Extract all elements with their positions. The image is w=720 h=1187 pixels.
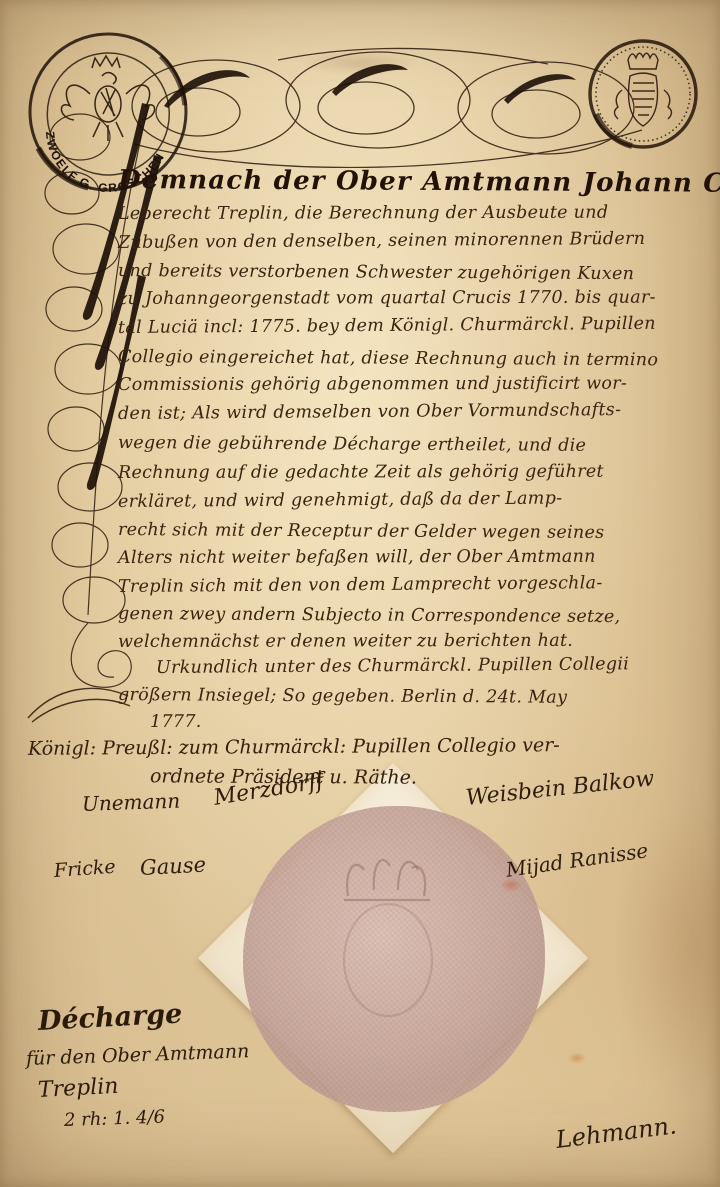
document-line: Commissionis gehörig abgenommen und just… xyxy=(118,374,627,395)
docket-fee: 2 rh: 1. 4/6 xyxy=(64,1106,166,1131)
document-line: Zubußen von den denselben, seinen minore… xyxy=(118,229,645,253)
document-line: welchemnächst er denen weiter zu bericht… xyxy=(118,631,573,652)
signature: Fricke xyxy=(53,856,116,882)
paper-stain xyxy=(568,1052,586,1064)
document-line: Rechnung auf die gedachte Zeit als gehör… xyxy=(118,462,604,483)
signature: Unemann xyxy=(82,789,181,816)
docket-line: Treplin xyxy=(37,1074,119,1103)
flourish-band xyxy=(128,40,648,168)
signature: Gause xyxy=(139,853,206,880)
document-line: tal Luciä incl: 1775. bey dem Königl. Ch… xyxy=(118,314,656,338)
document-line: Alters nicht weiter befaßen will, der Ob… xyxy=(118,547,596,568)
closing-line: Königl: Preußl: zum Churmärckl: Pupillen… xyxy=(28,734,560,760)
docket-line: für den Ober Amtmann xyxy=(26,1040,250,1070)
document-heading: Demnach der Ober Amtmann Johann Conrad xyxy=(118,165,720,199)
document-line: Leberecht Treplin, die Berechnung der Au… xyxy=(118,203,608,224)
document-line: Treplin sich mit den von dem Lamprecht v… xyxy=(118,573,603,597)
document-line: wegen die gebührende Décharge ertheilet,… xyxy=(118,433,586,456)
signature: Mijad Ranisse xyxy=(504,838,649,882)
signature: Lehmann. xyxy=(554,1111,678,1154)
document-line: recht sich mit der Receptur der Gelder w… xyxy=(118,520,605,543)
document-date-line: 1777. xyxy=(150,712,202,732)
document-line: Collegio eingereichet hat, diese Rechnun… xyxy=(118,347,658,370)
document-line: den ist; Als wird demselben von Ober Vor… xyxy=(118,400,621,424)
docket-title: Décharge xyxy=(37,998,183,1037)
manuscript-page: ZWOELF G. GROSCHEN xyxy=(0,0,720,1187)
document-line: und bereits verstorbenen Schwester zugeh… xyxy=(118,261,634,284)
seal-crown-icon xyxy=(330,842,460,1022)
signature: Weisbein Balkow xyxy=(465,766,656,811)
document-line: genen zwey andern Subjecto in Correspond… xyxy=(118,604,621,627)
document-line: erkläret, und wird genehmigt, daß da der… xyxy=(118,489,563,512)
document-line: Urkundlich unter des Churmärckl. Pupille… xyxy=(156,654,629,678)
document-line: größern Insiegel; So gegeben. Berlin d. … xyxy=(118,685,567,708)
document-line: zu Johanngeorgenstadt vom quartal Crucis… xyxy=(118,288,656,309)
